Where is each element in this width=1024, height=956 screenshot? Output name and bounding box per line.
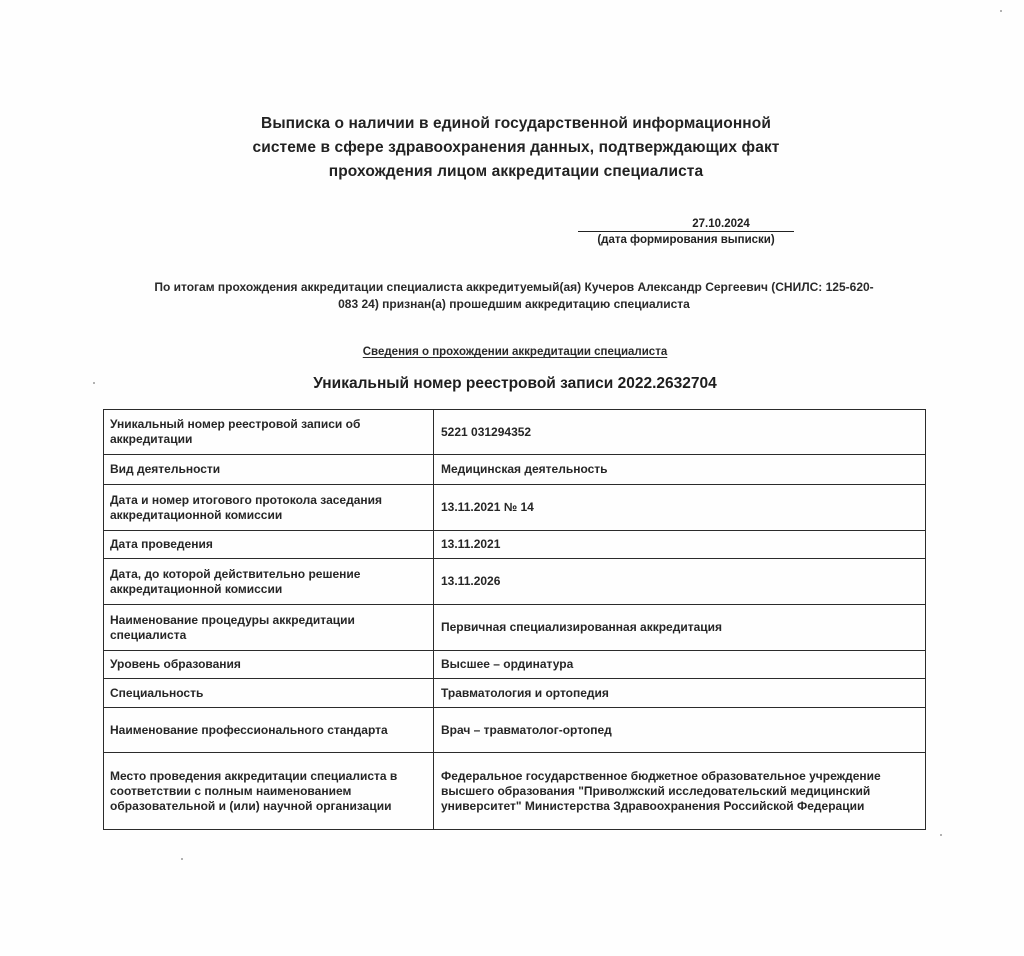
row-label: Специальность [104, 679, 434, 708]
table-row: Дата, до которой действительно решение а… [104, 559, 926, 605]
table-row: Наименование процедуры аккредитации спец… [104, 605, 926, 651]
formation-date-block: 27.10.2024 (дата формирования выписки) [578, 218, 794, 246]
scan-speck [1000, 10, 1002, 12]
table-row: Дата проведения 13.11.2021 [104, 531, 926, 559]
title-line: прохождения лицом аккредитации специалис… [200, 160, 832, 184]
row-value: 13.11.2021 № 14 [434, 485, 926, 531]
table-row: Вид деятельности Медицинская деятельност… [104, 455, 926, 485]
document-page: Выписка о наличии в единой государственн… [0, 0, 1024, 956]
intro-line: 083 24) признан(а) прошедшим аккредитаци… [96, 296, 932, 313]
row-value: 13.11.2021 [434, 531, 926, 559]
row-value: Врач – травматолог-ортопед [434, 708, 926, 753]
row-label: Уровень образования [104, 651, 434, 679]
row-label: Дата проведения [104, 531, 434, 559]
row-value: Первичная специализированная аккредитаци… [434, 605, 926, 651]
row-label: Наименование профессионального стандарта [104, 708, 434, 753]
table-row: Дата и номер итогового протокола заседан… [104, 485, 926, 531]
section-heading: Сведения о прохождении аккредитации спец… [300, 346, 730, 358]
document-title: Выписка о наличии в единой государственн… [200, 112, 832, 184]
section-heading-text: Сведения о прохождении аккредитации спец… [363, 346, 667, 358]
title-line: системе в сфере здравоохранения данных, … [200, 136, 832, 160]
row-value: Федеральное государственное бюджетное об… [434, 753, 926, 830]
table-row: Место проведения аккредитации специалист… [104, 753, 926, 830]
registry-number-heading: Уникальный номер реестровой записи 2022.… [220, 375, 810, 393]
row-label: Место проведения аккредитации специалист… [104, 753, 434, 830]
scan-speck [181, 858, 183, 860]
intro-paragraph: По итогам прохождения аккредитации специ… [96, 279, 932, 313]
row-value: 13.11.2026 [434, 559, 926, 605]
row-value: Высшее – ординатура [434, 651, 926, 679]
scan-speck [93, 382, 95, 384]
row-label: Дата и номер итогового протокола заседан… [104, 485, 434, 531]
table-row: Уникальный номер реестровой записи об ак… [104, 410, 926, 455]
row-value: Травматология и ортопедия [434, 679, 926, 708]
table-row: Уровень образования Высшее – ординатура [104, 651, 926, 679]
scan-speck [940, 834, 942, 836]
table-row: Наименование профессионального стандарта… [104, 708, 926, 753]
row-label: Вид деятельности [104, 455, 434, 485]
row-value: Медицинская деятельность [434, 455, 926, 485]
table-row: Специальность Травматология и ортопедия [104, 679, 926, 708]
intro-line: По итогам прохождения аккредитации специ… [96, 279, 932, 296]
row-label: Дата, до которой действительно решение а… [104, 559, 434, 605]
accreditation-details-table: Уникальный номер реестровой записи об ак… [103, 409, 926, 830]
row-value: 5221 031294352 [434, 410, 926, 455]
row-label: Наименование процедуры аккредитации спец… [104, 605, 434, 651]
row-label: Уникальный номер реестровой записи об ак… [104, 410, 434, 455]
formation-date: 27.10.2024 [578, 218, 794, 232]
formation-date-caption: (дата формирования выписки) [578, 232, 794, 246]
title-line: Выписка о наличии в единой государственн… [200, 112, 832, 136]
